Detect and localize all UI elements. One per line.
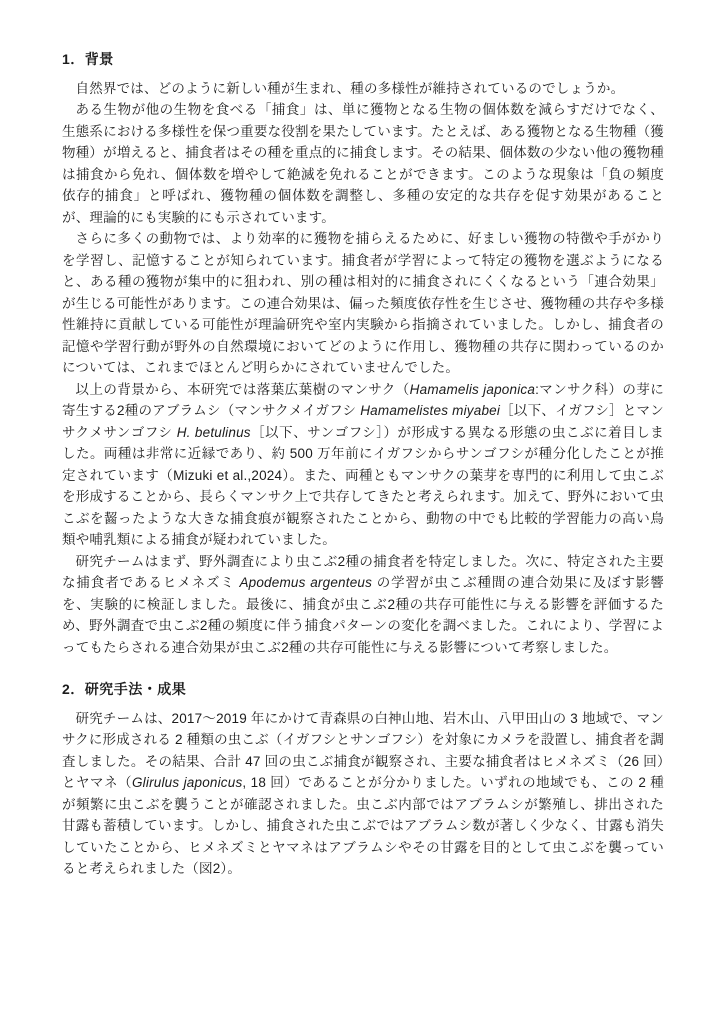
paragraph: 自然界では、どのように新しい種が生まれ、種の多様性が維持されているのでしょうか。 (62, 78, 664, 100)
section-heading-methods-results: 2．研究手法・成果 (62, 679, 664, 701)
paragraph: 研究チームは、2017～2019 年にかけて青森県の白神山地、岩木山、八甲田山の… (62, 708, 664, 880)
paragraph: 研究チームはまず、野外調査により虫こぶ2種の捕食者を特定しました。次に、特定され… (62, 551, 664, 659)
section-methods-results: 2．研究手法・成果 研究チームは、2017～2019 年にかけて青森県の白神山地… (62, 679, 664, 880)
section-background: 1．背景 自然界では、どのように新しい種が生まれ、種の多様性が維持されているので… (62, 49, 664, 658)
paragraph: ある生物が他の生物を食べる「捕食」は、単に獲物となる生物の個体数を減らすだけでな… (62, 99, 664, 228)
paragraph: 以上の背景から、本研究では落葉広葉樹のマンサク（Hamamelis japoni… (62, 379, 664, 551)
section-heading-background: 1．背景 (62, 49, 664, 71)
paragraph: さらに多くの動物では、より効率的に獲物を捕らえるために、好ましい獲物の特徴や手が… (62, 228, 664, 379)
document-page: 1．背景 自然界では、どのように新しい種が生まれ、種の多様性が維持されているので… (0, 0, 724, 1024)
